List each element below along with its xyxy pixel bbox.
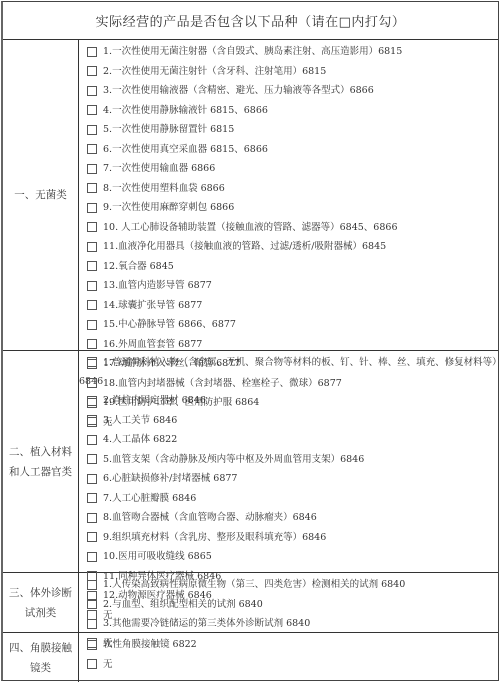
checklist-item[interactable]: 无: [79, 655, 498, 675]
checkbox-icon[interactable]: [87, 378, 97, 388]
checklist-item[interactable]: 13.血管内造影导管 6877: [79, 276, 498, 296]
checklist-item[interactable]: 3.一次性使用输液器（含精密、避光、压力输液等各型式）6866: [79, 81, 498, 101]
checklist-item[interactable]: 3.其他需要冷链储运的第三类体外诊断试剂 6840: [79, 614, 498, 634]
checkbox-icon[interactable]: [87, 493, 97, 503]
checkbox-icon[interactable]: [87, 599, 97, 609]
section-items: 1.普通骨科植入物（含金属、无机、聚合物等材料的板、钉、针、棒、丝、填充、修复材…: [79, 351, 498, 572]
checklist-item[interactable]: 6.心脏缺损修补/封堵器械 6877: [79, 469, 498, 489]
checklist-item[interactable]: 5.血管支架（含动静脉及颅内等中枢及外周血管用支架）6846: [79, 450, 498, 470]
checklist-item[interactable]: 10.医用可吸收缝线 6865: [79, 547, 498, 567]
checklist-item[interactable]: 8.一次性使用塑料血袋 6866: [79, 179, 498, 199]
checkbox-icon[interactable]: [87, 474, 97, 484]
section-ivd-reagents: 三、体外诊断试剂类 1.人传染高致病性病原微生物（第三、四类危害）检测相关的试剂…: [3, 573, 498, 633]
checkbox-icon[interactable]: [87, 435, 97, 445]
checklist-item-label: 8.一次性使用塑料血袋 6866: [103, 179, 225, 199]
checklist-item-label: 10.医用可吸收缝线 6865: [103, 547, 212, 567]
checklist-item[interactable]: 14.球囊扩张导管 6877: [79, 296, 498, 316]
product-checklist-table: 实际经营的产品是否包含以下品种（请在□内打勾） 一、无菌类 1.一次性使用无菌注…: [1, 1, 499, 681]
checklist-item-label: 4.人工晶体 6822: [103, 430, 177, 450]
checklist-item-label: 4.一次性使用静脉输液针 6815、6866: [103, 101, 268, 121]
checklist-item-label: 1.普通骨科植入物（含金属、无机、聚合物等材料的板、钉、针、棒、丝、填充、修复材…: [79, 357, 497, 387]
section-label: 二、植入材料和人工器官类: [3, 351, 79, 572]
checklist-item-label: 2.脊柱内固定器材 6846: [103, 391, 206, 411]
checklist-item-label: 9.组织填充材料（含乳房、整形及眼科填充等）6846: [103, 528, 326, 548]
checklist-item[interactable]: 1.普通骨科植入物（含金属、无机、聚合物等材料的板、钉、针、棒、丝、填充、修复材…: [79, 353, 498, 391]
checklist-item-label: 9.一次性使用麻醉穿刺包 6866: [103, 198, 234, 218]
checklist-item-label: 13.血管内造影导管 6877: [103, 276, 212, 296]
checklist-item-label: 3.人工关节 6846: [103, 411, 177, 431]
checklist-item-label: 5.一次性使用静脉留置针 6815: [103, 120, 234, 140]
checklist-item[interactable]: 软性角膜接触镜 6822: [79, 635, 498, 655]
section-label: 一、无菌类: [3, 40, 79, 350]
checklist-item[interactable]: 9.一次性使用麻醉穿刺包 6866: [79, 198, 498, 218]
checkbox-icon[interactable]: [87, 164, 97, 174]
section-items: 软性角膜接触镜 6822无: [79, 633, 498, 682]
checklist-item[interactable]: 4.人工晶体 6822: [79, 430, 498, 450]
checklist-item[interactable]: 3.人工关节 6846: [79, 411, 498, 431]
checkbox-icon[interactable]: [87, 513, 97, 523]
checklist-item-label: 7.一次性使用输血器 6866: [103, 159, 215, 179]
checklist-item[interactable]: 2.与血型、组织配型相关的试剂 6840: [79, 595, 498, 615]
checkbox-icon[interactable]: [87, 86, 97, 96]
checklist-item[interactable]: 6.一次性使用真空采血器 6815、6866: [79, 140, 498, 160]
checklist-item[interactable]: 7.人工心脏瓣膜 6846: [79, 489, 498, 509]
checklist-item[interactable]: 1.一次性使用无菌注射器（含自毁式、胰岛素注射、高压造影用）6815: [79, 42, 498, 62]
section-label: 四、角膜接触镜类: [3, 633, 79, 682]
checklist-item-label: 2.一次性使用无菌注射针（含牙科、注射笔用）6815: [103, 62, 326, 82]
checkbox-icon[interactable]: [87, 261, 97, 271]
checkbox-icon[interactable]: [87, 183, 97, 193]
checkbox-icon[interactable]: [87, 222, 97, 232]
section-sterile: 一、无菌类 1.一次性使用无菌注射器（含自毁式、胰岛素注射、高压造影用）6815…: [3, 40, 498, 351]
checkbox-icon[interactable]: [87, 242, 97, 252]
checkbox-icon[interactable]: [87, 66, 97, 76]
checkbox-icon[interactable]: [87, 415, 97, 425]
checkbox-icon[interactable]: [87, 203, 97, 213]
checkbox-icon[interactable]: [87, 47, 97, 57]
checklist-item-label: 10. 人工心肺设备辅助装置（接触血液的管路、滤器等）6845、6866: [103, 218, 397, 238]
checklist-item[interactable]: 10. 人工心肺设备辅助装置（接触血液的管路、滤器等）6845、6866: [79, 218, 498, 238]
checklist-item[interactable]: 4.一次性使用静脉输液针 6815、6866: [79, 101, 498, 121]
section-implants: 二、植入材料和人工器官类 1.普通骨科植入物（含金属、无机、聚合物等材料的板、钉…: [3, 351, 498, 573]
checklist-item-label: 11.血液净化用器具（接触血液的管路、过滤/透析/吸附器械）6845: [103, 237, 386, 257]
checkbox-icon[interactable]: [87, 125, 97, 135]
checkbox-icon[interactable]: [87, 281, 97, 291]
section-items: 1.一次性使用无菌注射器（含自毁式、胰岛素注射、高压造影用）68152.一次性使…: [79, 40, 498, 350]
checkbox-icon[interactable]: [87, 300, 97, 310]
checklist-item[interactable]: 11.血液净化用器具（接触血液的管路、过滤/透析/吸附器械）6845: [79, 237, 498, 257]
checklist-item-label: 7.人工心脏瓣膜 6846: [103, 489, 196, 509]
checklist-item-label: 6.心脏缺损修补/封堵器械 6877: [103, 469, 237, 489]
checklist-item-label: 14.球囊扩张导管 6877: [103, 296, 202, 316]
checklist-item-label: 8.血管吻合器械（含血管吻合器、动脉瘤夹）6846: [103, 508, 317, 528]
checklist-item-label: 2.与血型、组织配型相关的试剂 6840: [103, 595, 263, 615]
checklist-item-label: 15.中心静脉导管 6866、6877: [103, 315, 236, 335]
section-label: 三、体外诊断试剂类: [3, 573, 79, 632]
checklist-item[interactable]: 2.一次性使用无菌注射针（含牙科、注射笔用）6815: [79, 62, 498, 82]
checkbox-icon[interactable]: [87, 339, 97, 349]
section-contact-lens: 四、角膜接触镜类 软性角膜接触镜 6822无: [3, 633, 498, 682]
checklist-item[interactable]: 1.人传染高致病性病原微生物（第三、四类危害）检测相关的试剂 6840: [79, 575, 498, 595]
checklist-item[interactable]: 15.中心静脉导管 6866、6877: [79, 315, 498, 335]
checkbox-icon[interactable]: [87, 357, 97, 367]
checkbox-icon[interactable]: [87, 659, 97, 669]
checklist-item-label: 3.一次性使用输液器（含精密、避光、压力输液等各型式）6866: [103, 81, 374, 101]
table-title: 实际经营的产品是否包含以下品种（请在□内打勾）: [3, 2, 498, 40]
checklist-item-label: 12.氧合器 6845: [103, 257, 174, 277]
checklist-item-label: 1.人传染高致病性病原微生物（第三、四类危害）检测相关的试剂 6840: [103, 575, 405, 595]
checklist-item-label: 软性角膜接触镜 6822: [103, 635, 197, 655]
checkbox-icon[interactable]: [87, 619, 97, 629]
checkbox-icon[interactable]: [87, 396, 97, 406]
checkbox-icon[interactable]: [87, 532, 97, 542]
checklist-item-label: 无: [103, 655, 113, 675]
checklist-item[interactable]: 2.脊柱内固定器材 6846: [79, 391, 498, 411]
checkbox-icon[interactable]: [87, 640, 97, 650]
checklist-item[interactable]: 5.一次性使用静脉留置针 6815: [79, 120, 498, 140]
checklist-item[interactable]: 12.氧合器 6845: [79, 257, 498, 277]
checkbox-icon[interactable]: [87, 144, 97, 154]
checklist-item[interactable]: 8.血管吻合器械（含血管吻合器、动脉瘤夹）6846: [79, 508, 498, 528]
checkbox-icon[interactable]: [87, 105, 97, 115]
checklist-item-label: 6.一次性使用真空采血器 6815、6866: [103, 140, 268, 160]
checkbox-icon[interactable]: [87, 454, 97, 464]
checkbox-icon[interactable]: [87, 552, 97, 562]
checklist-item[interactable]: 9.组织填充材料（含乳房、整形及眼科填充等）6846: [79, 528, 498, 548]
checklist-item-label: 1.一次性使用无菌注射器（含自毁式、胰岛素注射、高压造影用）6815: [103, 42, 402, 62]
checklist-item-label: 3.其他需要冷链储运的第三类体外诊断试剂 6840: [103, 614, 310, 634]
checklist-item-label: 5.血管支架（含动静脉及颅内等中枢及外周血管用支架）6846: [103, 450, 364, 470]
checklist-item[interactable]: 7.一次性使用输血器 6866: [79, 159, 498, 179]
checkbox-icon[interactable]: [87, 580, 97, 590]
section-items: 1.人传染高致病性病原微生物（第三、四类危害）检测相关的试剂 68402.与血型…: [79, 573, 498, 632]
checkbox-icon[interactable]: [87, 320, 97, 330]
